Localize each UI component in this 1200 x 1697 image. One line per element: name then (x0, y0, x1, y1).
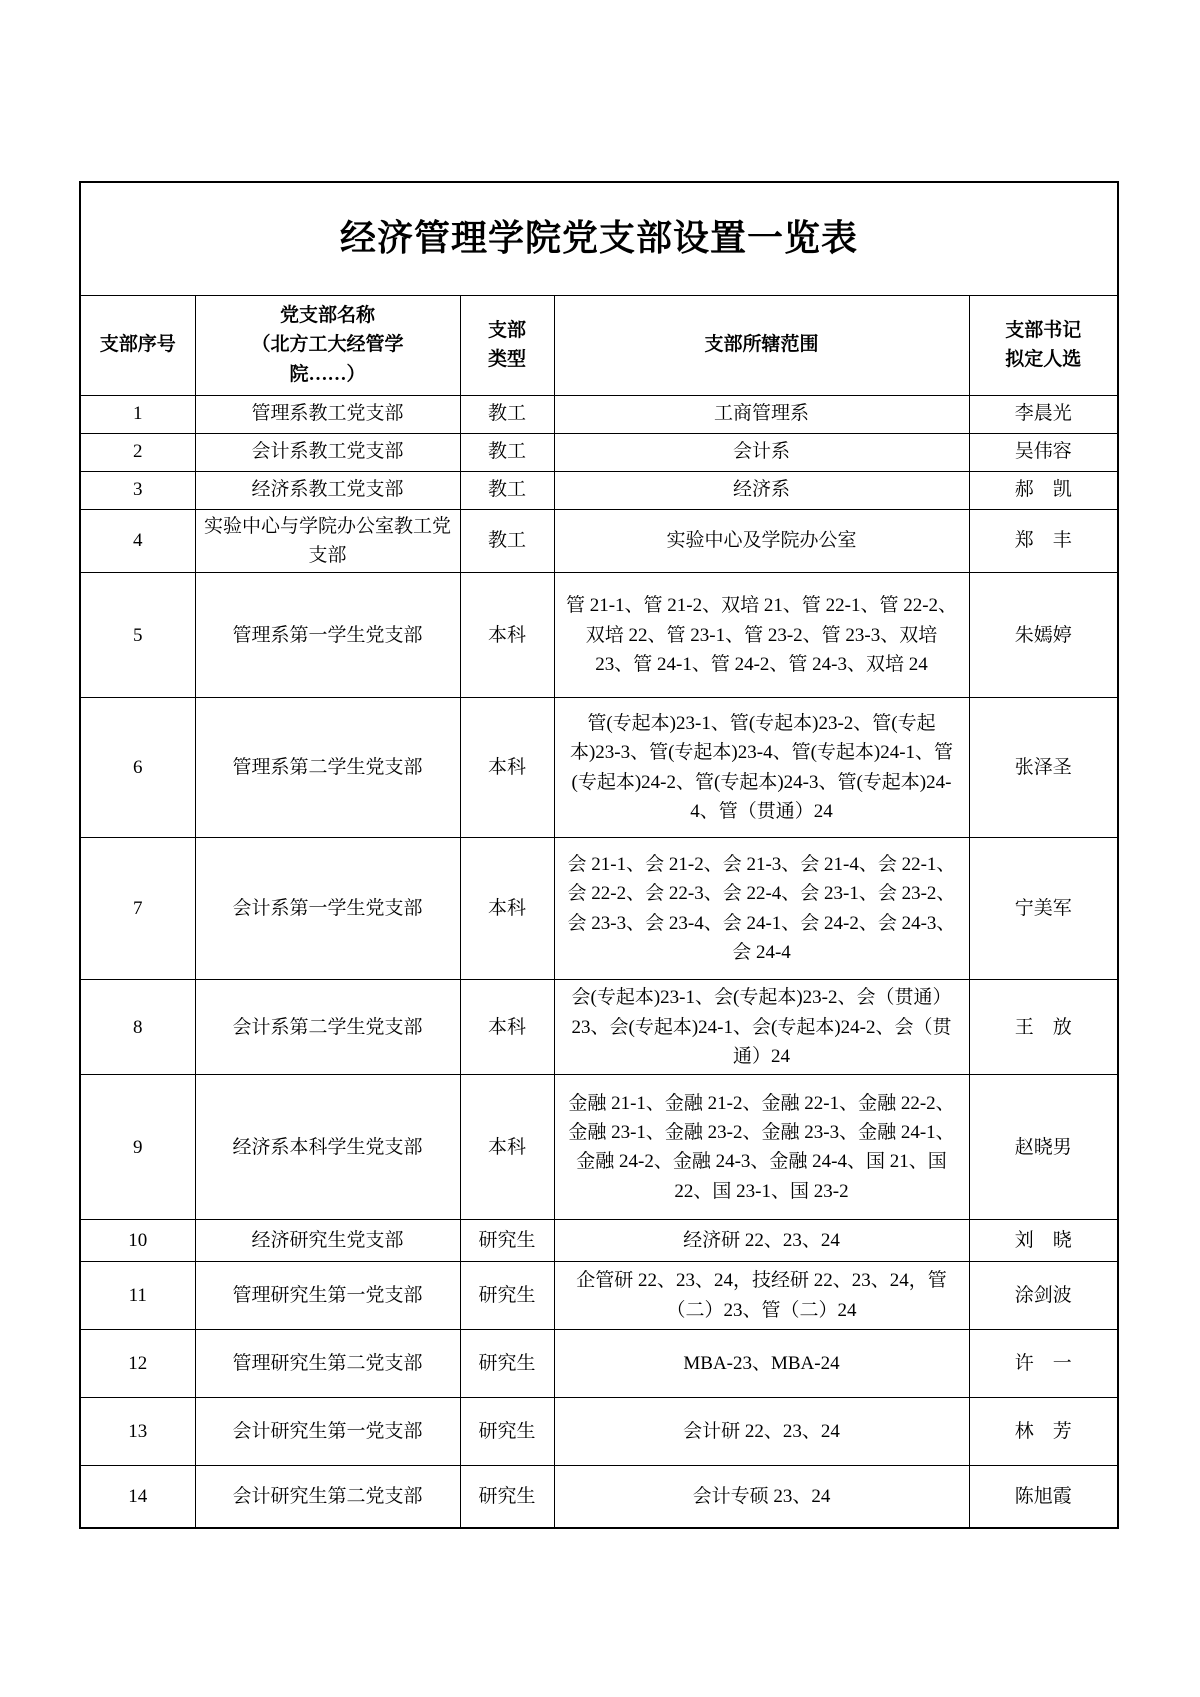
table-row: 1 管理系教工党支部 教工 工商管理系 李晨光 (80, 395, 1118, 433)
branch-scope-cell: 企管研 22、23、24，技经研 22、23、24，管（二）23、管（二）24 (554, 1262, 969, 1330)
branch-secretary-cell: 宁美军 (969, 838, 1118, 980)
branch-scope-cell: 会 21-1、会 21-2、会 21-3、会 21-4、会 22-1、会 22-… (554, 838, 969, 980)
branch-secretary-cell: 郑 丰 (969, 509, 1118, 573)
table-row: 14 会计研究生第二党支部 研究生 会计专硕 23、24 陈旭霞 (80, 1466, 1118, 1528)
branch-index-cell: 6 (80, 698, 195, 838)
branch-scope-cell: 会计研 22、23、24 (554, 1398, 969, 1466)
branch-name-cell: 会计系第一学生党支部 (195, 838, 460, 980)
branch-secretary-cell: 陈旭霞 (969, 1466, 1118, 1528)
branch-name-cell: 管理研究生第二党支部 (195, 1330, 460, 1398)
branch-index-cell: 3 (80, 471, 195, 509)
branch-type-cell: 研究生 (460, 1330, 554, 1398)
branch-scope-cell: 经济研 22、23、24 (554, 1220, 969, 1262)
branch-type-cell: 本科 (460, 698, 554, 838)
branch-secretary-cell: 林 芳 (969, 1398, 1118, 1466)
branch-scope-cell: 工商管理系 (554, 395, 969, 433)
branch-scope-cell: 经济系 (554, 471, 969, 509)
branch-name-cell: 管理系第一学生党支部 (195, 573, 460, 698)
table-head: 经济管理学院党支部设置一览表 支部序号 党支部名称 （北方工大经管学 院……） … (80, 182, 1118, 395)
table-row: 7 会计系第一学生党支部 本科 会 21-1、会 21-2、会 21-3、会 2… (80, 838, 1118, 980)
branch-type-cell: 研究生 (460, 1220, 554, 1262)
table-row: 3 经济系教工党支部 教工 经济系 郝 凯 (80, 471, 1118, 509)
branch-name-cell: 经济系本科学生党支部 (195, 1075, 460, 1220)
table-row: 5 管理系第一学生党支部 本科 管 21-1、管 21-2、双培 21、管 22… (80, 573, 1118, 698)
branch-scope-cell: 会计专硕 23、24 (554, 1466, 969, 1528)
table-row: 6 管理系第二学生党支部 本科 管(专起本)23-1、管(专起本)23-2、管(… (80, 698, 1118, 838)
page-title: 经济管理学院党支部设置一览表 (80, 182, 1118, 295)
table-row: 8 会计系第二学生党支部 本科 会(专起本)23-1、会(专起本)23-2、会（… (80, 980, 1118, 1075)
branch-index-cell: 9 (80, 1075, 195, 1220)
branch-name-cell: 管理系第二学生党支部 (195, 698, 460, 838)
branch-type-cell: 本科 (460, 838, 554, 980)
branch-name-cell: 会计研究生第二党支部 (195, 1466, 460, 1528)
branch-secretary-cell: 朱嫣婷 (969, 573, 1118, 698)
branch-scope-cell: 金融 21-1、金融 21-2、金融 22-1、金融 22-2、金融 23-1、… (554, 1075, 969, 1220)
column-header-branch-type: 支部 类型 (460, 295, 554, 395)
column-header-branch-secretary: 支部书记 拟定人选 (969, 295, 1118, 395)
branch-name-cell: 经济研究生党支部 (195, 1220, 460, 1262)
branch-secretary-cell: 张泽圣 (969, 698, 1118, 838)
branch-type-cell: 教工 (460, 433, 554, 471)
branch-type-cell: 教工 (460, 395, 554, 433)
branch-name-cell: 会计研究生第一党支部 (195, 1398, 460, 1466)
branch-type-cell: 教工 (460, 471, 554, 509)
column-header-branch-index: 支部序号 (80, 295, 195, 395)
table-row: 12 管理研究生第二党支部 研究生 MBA-23、MBA-24 许 一 (80, 1330, 1118, 1398)
branch-index-cell: 14 (80, 1466, 195, 1528)
column-header-branch-name: 党支部名称 （北方工大经管学 院……） (195, 295, 460, 395)
branch-index-cell: 7 (80, 838, 195, 980)
branch-type-cell: 本科 (460, 1075, 554, 1220)
branch-scope-cell: 管(专起本)23-1、管(专起本)23-2、管(专起本)23-3、管(专起本)2… (554, 698, 969, 838)
branch-scope-cell: 会计系 (554, 433, 969, 471)
branch-type-cell: 教工 (460, 509, 554, 573)
branch-name-cell: 会计系教工党支部 (195, 433, 460, 471)
branch-index-cell: 8 (80, 980, 195, 1075)
branch-secretary-cell: 吴伟容 (969, 433, 1118, 471)
branch-type-cell: 研究生 (460, 1398, 554, 1466)
table-title-row: 经济管理学院党支部设置一览表 (80, 182, 1118, 295)
branch-type-cell: 本科 (460, 573, 554, 698)
branch-secretary-cell: 王 放 (969, 980, 1118, 1075)
table-row: 11 管理研究生第一党支部 研究生 企管研 22、23、24，技经研 22、23… (80, 1262, 1118, 1330)
branch-index-cell: 12 (80, 1330, 195, 1398)
branch-name-cell: 实验中心与学院办公室教工党支部 (195, 509, 460, 573)
column-header-branch-scope: 支部所辖范围 (554, 295, 969, 395)
document-page: 经济管理学院党支部设置一览表 支部序号 党支部名称 （北方工大经管学 院……） … (0, 0, 1200, 1697)
branch-secretary-cell: 李晨光 (969, 395, 1118, 433)
table-row: 10 经济研究生党支部 研究生 经济研 22、23、24 刘 晓 (80, 1220, 1118, 1262)
table-header-row: 支部序号 党支部名称 （北方工大经管学 院……） 支部 类型 支部所辖范围 支部… (80, 295, 1118, 395)
branch-secretary-cell: 刘 晓 (969, 1220, 1118, 1262)
branch-index-cell: 5 (80, 573, 195, 698)
branch-index-cell: 2 (80, 433, 195, 471)
branch-type-cell: 研究生 (460, 1262, 554, 1330)
branch-name-cell: 管理研究生第一党支部 (195, 1262, 460, 1330)
branch-type-cell: 研究生 (460, 1466, 554, 1528)
branch-index-cell: 10 (80, 1220, 195, 1262)
branch-secretary-cell: 涂剑波 (969, 1262, 1118, 1330)
branch-secretary-cell: 郝 凯 (969, 471, 1118, 509)
branch-index-cell: 1 (80, 395, 195, 433)
party-branch-table: 经济管理学院党支部设置一览表 支部序号 党支部名称 （北方工大经管学 院……） … (79, 181, 1119, 1529)
table-row: 4 实验中心与学院办公室教工党支部 教工 实验中心及学院办公室 郑 丰 (80, 509, 1118, 573)
branch-index-cell: 13 (80, 1398, 195, 1466)
branch-scope-cell: 实验中心及学院办公室 (554, 509, 969, 573)
branch-scope-cell: 会(专起本)23-1、会(专起本)23-2、会（贯通）23、会(专起本)24-1… (554, 980, 969, 1075)
branch-index-cell: 4 (80, 509, 195, 573)
branch-index-cell: 11 (80, 1262, 195, 1330)
table-row: 9 经济系本科学生党支部 本科 金融 21-1、金融 21-2、金融 22-1、… (80, 1075, 1118, 1220)
branch-name-cell: 经济系教工党支部 (195, 471, 460, 509)
table-row: 2 会计系教工党支部 教工 会计系 吴伟容 (80, 433, 1118, 471)
table-body: 1 管理系教工党支部 教工 工商管理系 李晨光 2 会计系教工党支部 教工 会计… (80, 395, 1118, 1528)
table-row: 13 会计研究生第一党支部 研究生 会计研 22、23、24 林 芳 (80, 1398, 1118, 1466)
branch-secretary-cell: 赵晓男 (969, 1075, 1118, 1220)
branch-name-cell: 会计系第二学生党支部 (195, 980, 460, 1075)
branch-scope-cell: MBA-23、MBA-24 (554, 1330, 969, 1398)
branch-scope-cell: 管 21-1、管 21-2、双培 21、管 22-1、管 22-2、双培 22、… (554, 573, 969, 698)
branch-name-cell: 管理系教工党支部 (195, 395, 460, 433)
branch-secretary-cell: 许 一 (969, 1330, 1118, 1398)
branch-type-cell: 本科 (460, 980, 554, 1075)
